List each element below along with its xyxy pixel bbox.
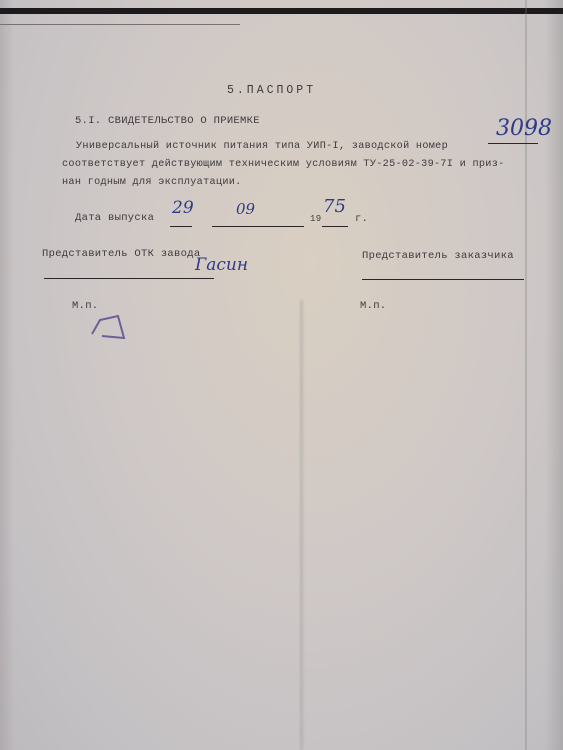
document-page: 5.ПАСПОРТ 5.I. СВИДЕТЕЛЬСТВО О ПРИЕМКЕ У…	[0, 0, 563, 750]
paragraph-line-3: нан годным для эксплуатации.	[62, 174, 505, 192]
otk-stamp-mark	[90, 312, 126, 340]
year-underline	[322, 226, 348, 227]
section-title: 5.ПАСПОРТ	[227, 84, 316, 97]
release-month: 09	[236, 200, 255, 218]
serial-number-handwritten: 3098	[496, 116, 552, 141]
plant-representative-signature: Гасин	[195, 255, 248, 275]
release-year: 75	[323, 196, 346, 217]
month-underline	[212, 226, 304, 227]
year-unit: г.	[355, 213, 368, 225]
subsection-title: 5.I. СВИДЕТЕЛЬСТВО О ПРИЕМКЕ	[75, 115, 260, 127]
paper-edge-shadow	[525, 0, 527, 750]
day-underline	[170, 226, 192, 227]
acceptance-paragraph: Универсальный источник питания типа УИП-…	[62, 138, 505, 192]
release-day: 29	[172, 198, 194, 218]
year-prefix: 19	[310, 214, 321, 224]
paragraph-line-1: Универсальный источник питания типа УИП-…	[62, 138, 505, 156]
stamp-place-left: М.п.	[72, 300, 98, 312]
paper-fold	[300, 300, 303, 750]
plant-representative-label: Представитель ОТК завода	[42, 248, 200, 260]
customer-representative-label: Представитель заказчика	[362, 250, 514, 262]
paragraph-line-2: соответствует действующим техническим ус…	[62, 156, 505, 174]
customer-signature-line	[362, 279, 524, 280]
release-date-label: Дата выпуска	[75, 212, 154, 224]
plant-signature-line	[44, 278, 214, 279]
scan-edge-bar	[0, 8, 563, 14]
scan-edge-line	[0, 24, 240, 25]
serial-number-underline	[488, 143, 538, 144]
stamp-place-right: М.п.	[360, 300, 386, 312]
